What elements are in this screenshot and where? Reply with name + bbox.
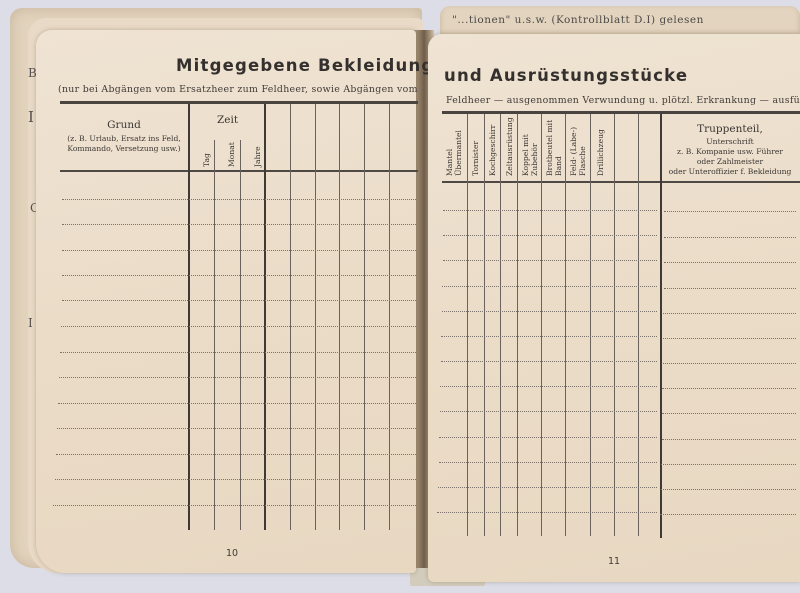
table-row[interactable] xyxy=(62,275,416,276)
table-row[interactable] xyxy=(53,505,416,506)
left-page-title: Mitgegebene Bekleidungs- xyxy=(176,56,453,75)
column-hint-grund: Kommando, Versetzung usw.) xyxy=(60,144,188,153)
column-header-tag: Tag xyxy=(203,153,212,167)
table-row[interactable] xyxy=(438,487,657,488)
page-number-right: 11 xyxy=(608,556,620,567)
column-divider xyxy=(500,114,501,536)
table-row[interactable] xyxy=(441,361,657,362)
column-header-brotbeutel: Brotbeutel mit Band xyxy=(546,120,563,176)
table-row[interactable] xyxy=(439,462,657,463)
table-row[interactable] xyxy=(442,311,657,312)
table-row-truppenteil[interactable] xyxy=(661,489,796,490)
page-number-left: 10 xyxy=(226,548,238,559)
table-row-truppenteil[interactable] xyxy=(663,363,796,364)
column-divider xyxy=(467,114,468,536)
left-page xyxy=(36,30,416,573)
table-top-rule xyxy=(442,111,800,114)
truppenteil-line: oder Unteroffizier f. Bekleidung xyxy=(662,167,798,176)
right-page-subtitle: Feldheer — ausgenommen Verwundung u. plö… xyxy=(446,95,800,106)
column-header-koppel: Koppel mit Zubehör xyxy=(522,134,539,176)
column-header-tornister: Tornister xyxy=(472,141,481,176)
column-header-kochgeschirr: Kochgeschirr xyxy=(489,125,498,176)
table-row[interactable] xyxy=(60,352,416,353)
column-divider xyxy=(590,114,591,536)
table-row[interactable] xyxy=(443,235,657,236)
left-page-subtitle: (nur bei Abgängen vom Ersatzheer zum Fel… xyxy=(58,84,418,95)
table-row[interactable] xyxy=(439,437,657,438)
column-divider xyxy=(364,104,365,530)
table-row[interactable] xyxy=(437,512,657,513)
column-header-feldflasche: Feld- (Labe-) Flasche xyxy=(570,127,587,176)
table-row-truppenteil[interactable] xyxy=(663,338,796,339)
table-row[interactable] xyxy=(55,479,416,480)
column-header-grund: Grund xyxy=(60,119,188,132)
table-row-truppenteil[interactable] xyxy=(662,439,796,440)
column-header-jahre: Jahre xyxy=(254,146,263,167)
column-divider xyxy=(290,104,291,530)
table-row[interactable] xyxy=(61,326,416,327)
truppenteil-line: oder Zahlmeister xyxy=(662,157,798,166)
column-divider xyxy=(565,114,566,536)
table-row[interactable] xyxy=(441,336,657,337)
table-row-truppenteil[interactable] xyxy=(664,211,796,212)
column-divider xyxy=(264,104,266,530)
table-row-truppenteil[interactable] xyxy=(664,237,796,238)
column-divider xyxy=(541,114,542,536)
column-hint-grund: (z. B. Urlaub, Ersatz ins Feld, xyxy=(60,134,188,143)
edge-letter: I xyxy=(28,316,33,330)
column-header-zeit: Zeit xyxy=(190,114,265,127)
table-row[interactable] xyxy=(443,260,657,261)
column-divider xyxy=(638,114,639,536)
table-row-truppenteil[interactable] xyxy=(662,388,796,389)
table-row[interactable] xyxy=(443,210,657,211)
column-header-monat: Monat xyxy=(228,142,237,167)
back-page-text: "...tionen" u.s.w. (Kontrollblatt D.I) g… xyxy=(452,14,792,26)
table-row-truppenteil[interactable] xyxy=(664,288,796,289)
column-header-zeltausruestung: Zeltausrüstung xyxy=(506,117,515,176)
table-row-truppenteil[interactable] xyxy=(663,313,796,314)
edge-letter: I xyxy=(28,108,34,126)
column-header-mantel: Mantel Übermantel xyxy=(446,130,463,176)
column-divider xyxy=(484,114,485,536)
table-row[interactable] xyxy=(59,377,416,378)
right-page-title: und Ausrüstungsstücke xyxy=(444,66,688,85)
table-row[interactable] xyxy=(62,199,416,200)
table-row[interactable] xyxy=(62,224,416,225)
truppenteil-line: Unterschrift xyxy=(662,137,798,146)
table-row[interactable] xyxy=(57,428,416,429)
table-row[interactable] xyxy=(440,386,657,387)
column-divider xyxy=(389,104,390,530)
table-row[interactable] xyxy=(442,286,657,287)
table-row[interactable] xyxy=(58,403,416,404)
table-row-truppenteil[interactable] xyxy=(662,413,796,414)
table-row[interactable] xyxy=(56,454,416,455)
table-row-truppenteil[interactable] xyxy=(661,464,796,465)
column-divider xyxy=(188,104,190,530)
table-row-truppenteil[interactable] xyxy=(664,262,796,263)
table-row[interactable] xyxy=(62,250,416,251)
column-divider xyxy=(339,104,340,530)
column-divider xyxy=(517,114,518,536)
table-row-truppenteil[interactable] xyxy=(660,514,796,515)
table-row[interactable] xyxy=(440,411,657,412)
column-divider xyxy=(315,104,316,530)
truppenteil-line: z. B. Kompanie usw. Führer xyxy=(662,147,798,156)
table-row[interactable] xyxy=(62,300,416,301)
column-header-drillichzeug: Drillichzeug xyxy=(597,129,606,176)
table-header-rule xyxy=(442,181,800,183)
column-divider xyxy=(660,114,662,538)
column-divider xyxy=(614,114,615,536)
column-header-truppenteil: Truppenteil, xyxy=(662,123,798,136)
